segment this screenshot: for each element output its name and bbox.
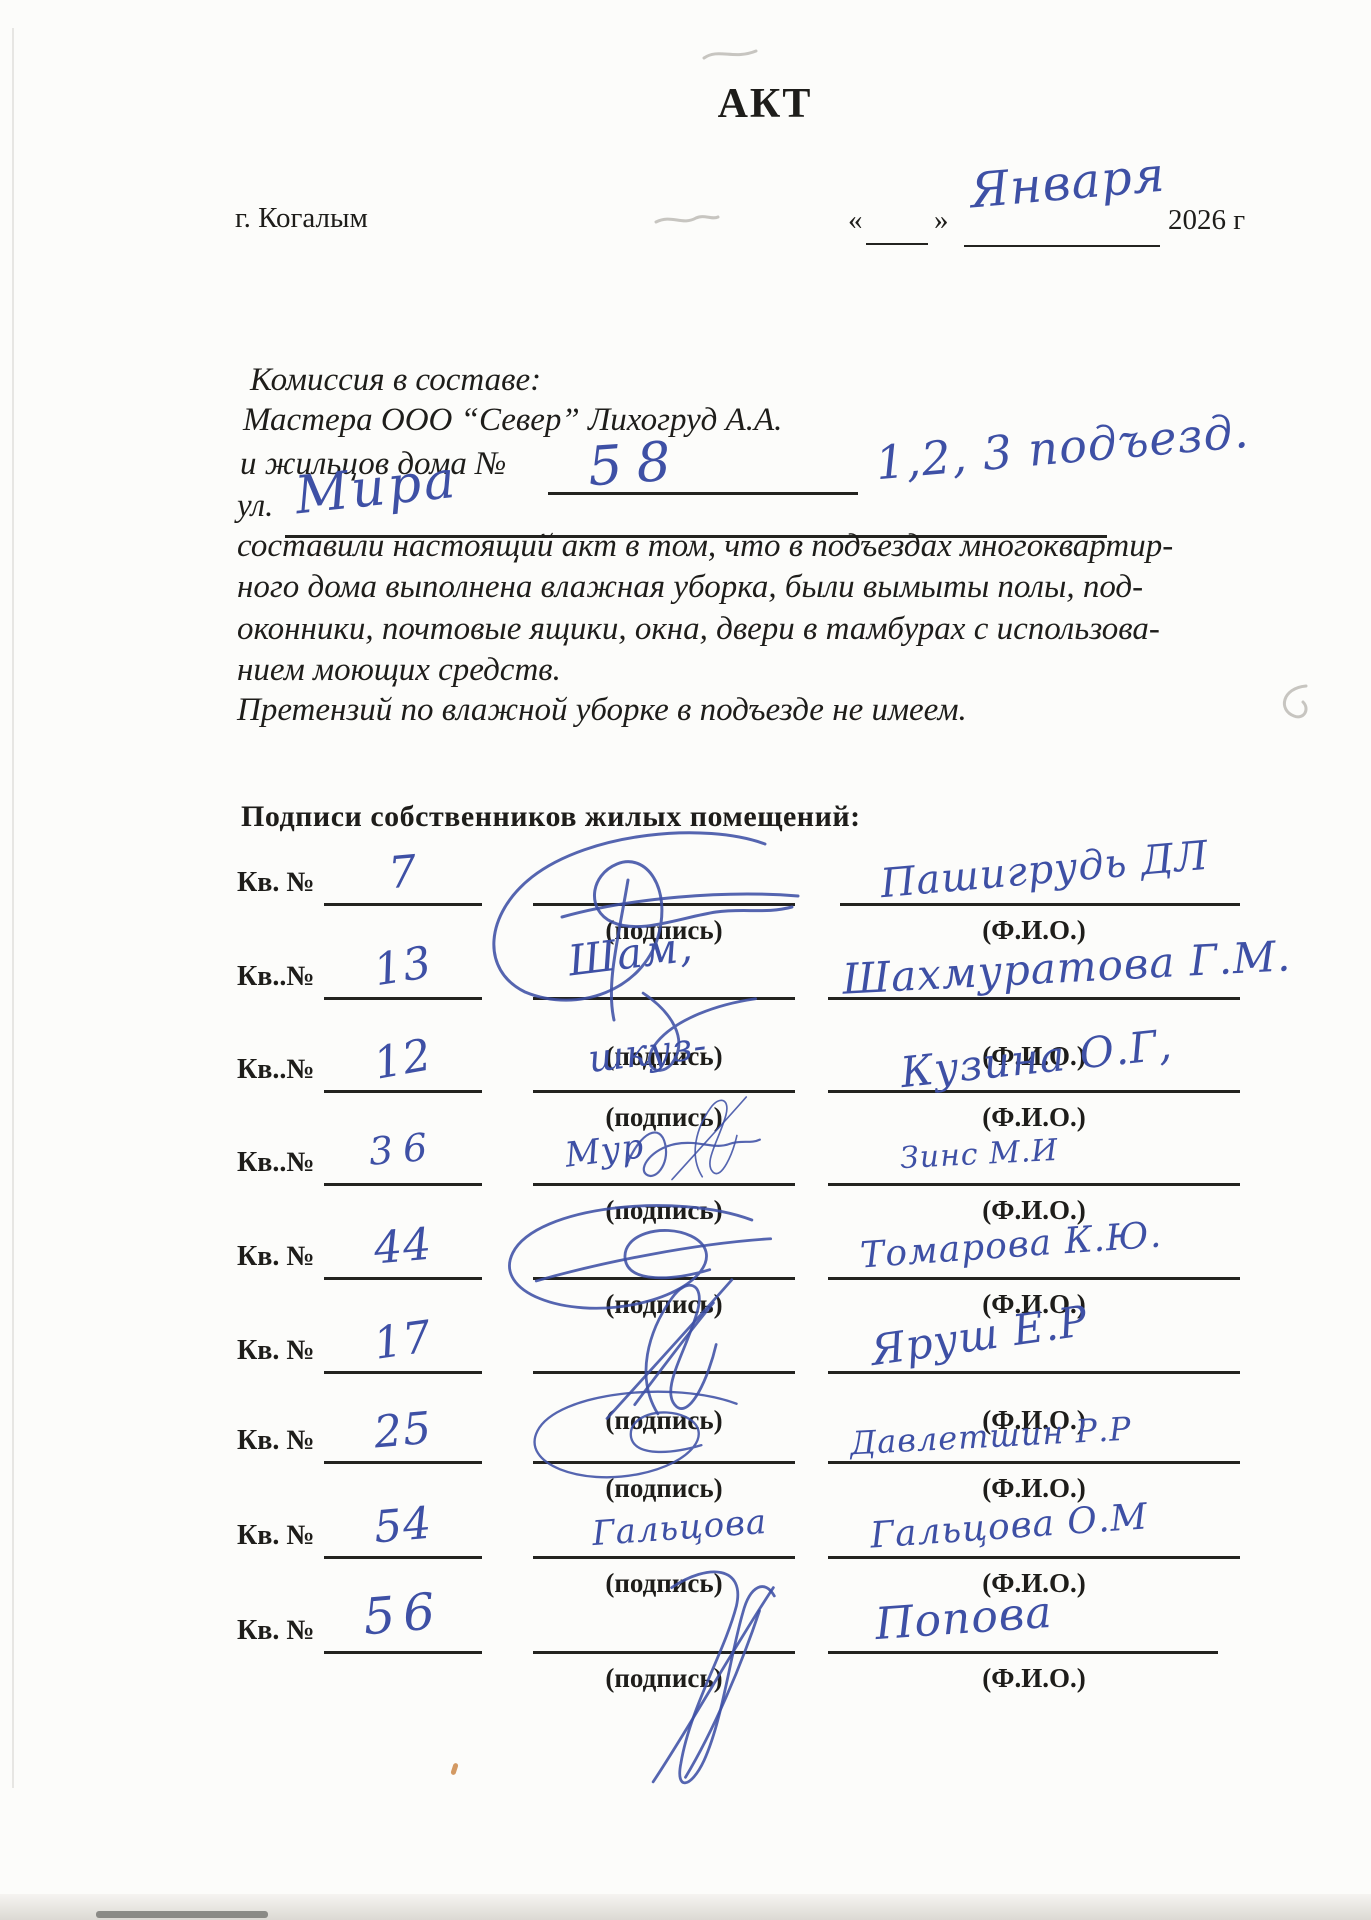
body-line: ного дома выполнена влажная уборка, были…: [237, 569, 1143, 606]
scan-edge-line: [12, 28, 14, 1788]
apartment-label: Кв..№: [237, 961, 315, 993]
apartment-number-handwritten: 13: [321, 929, 485, 1004]
date-month-handwritten: Января: [968, 147, 1168, 220]
signature-caption: (подпись): [533, 1289, 795, 1320]
body-line: Претензий по влажной уборке в подъезде н…: [237, 692, 967, 729]
signature-handwritten: шкуз-: [586, 1023, 710, 1081]
date-close-quote: »: [934, 204, 949, 237]
fio-line: [828, 1277, 1240, 1280]
fio-handwritten: Кузина О.Г,: [898, 1020, 1174, 1097]
fio-caption: (Ф.И.О.): [828, 1473, 1240, 1504]
apartment-number-line: [324, 903, 482, 906]
apartment-number-handwritten: 12: [321, 1021, 485, 1099]
signature-line: [533, 1371, 795, 1374]
scanned-act-document: АКТ г. Когалым « » Января 2026 г Комисси…: [0, 0, 1371, 1920]
date-month-line: [964, 245, 1160, 247]
body-line: нием моющих средств.: [237, 652, 561, 689]
apartment-number-line: [324, 1461, 482, 1464]
apartment-number-handwritten: 54: [322, 1493, 484, 1558]
fio-line: [828, 1090, 1240, 1093]
apartment-label: Кв..№: [237, 1054, 315, 1086]
signature-caption: (подпись): [533, 1473, 795, 1504]
apartment-number-line: [324, 1183, 482, 1186]
house-number-handwritten: 58: [586, 429, 687, 499]
apartment-number-handwritten: 25: [322, 1398, 484, 1463]
signature-line: [533, 1183, 795, 1186]
apartment-label: Кв..№: [237, 1147, 315, 1179]
signature-caption: (подпись): [533, 1568, 795, 1599]
body-line: оконники, почтовые ящики, окна, двери в …: [237, 611, 1160, 648]
fio-handwritten: Зинс М.И: [899, 1133, 1059, 1176]
signature-caption: (подпись): [533, 1663, 795, 1694]
signature-line: [533, 1461, 795, 1464]
entrances-note-handwritten: 1,2, 3 подъезд.: [873, 404, 1251, 490]
scan-bottom-streak: [96, 1911, 268, 1918]
signature-line: [533, 997, 795, 1000]
signature-line: [533, 1277, 795, 1280]
signature-handwritten: Мур: [563, 1126, 647, 1175]
date-day-blank-line: [866, 243, 928, 245]
fio-caption: (Ф.И.О.): [828, 1663, 1240, 1694]
apartment-number-handwritten: 17: [321, 1304, 485, 1376]
signature-scribble: [650, 1078, 760, 1193]
signature-line: [533, 1556, 795, 1559]
apartment-label: Кв. №: [237, 867, 315, 899]
apartment-number-handwritten: 56: [322, 1578, 484, 1650]
commission-master-line: Мастера ООО “Север” Лихогруд А.А.: [243, 402, 782, 439]
apartment-number-line: [324, 1277, 482, 1280]
signature-caption: (подпись): [533, 1405, 795, 1436]
signature-line: [533, 903, 795, 906]
apartment-number-handwritten: 7: [322, 840, 484, 905]
scan-speck: [450, 1763, 458, 1776]
street-label: ул.: [237, 488, 273, 525]
signature-caption: (подпись): [533, 1195, 795, 1226]
apartment-label: Кв. №: [237, 1425, 315, 1457]
signature-line: [533, 1651, 795, 1654]
signature-handwritten: Гальцова: [591, 1502, 769, 1554]
fio-line: [828, 1183, 1240, 1186]
document-title: АКТ: [600, 80, 930, 128]
fio-caption: (Ф.И.О.): [828, 1102, 1240, 1133]
scan-smudge-date: [652, 208, 722, 230]
apartment-label: Кв. №: [237, 1520, 315, 1552]
date-year: 2026 г: [1168, 204, 1245, 237]
scan-smudge-top: [700, 44, 760, 64]
fio-handwritten: Пашигрудь ДЛ: [879, 833, 1211, 908]
commission-intro: Комиссия в составе:: [250, 362, 541, 399]
signature-line: [533, 1090, 795, 1093]
body-line: составили настоящий акт в том, что в под…: [237, 528, 1173, 565]
date-open-quote: «: [848, 204, 863, 237]
signature-scribble: [570, 1262, 755, 1427]
apartment-label: Кв. №: [237, 1241, 315, 1273]
city-label: г. Когалым: [235, 202, 368, 235]
fio-handwritten: Попова: [873, 1587, 1054, 1650]
fio-line: [828, 1461, 1240, 1464]
apartment-number-line: [324, 1651, 482, 1654]
apartment-number-handwritten: 36: [322, 1120, 483, 1178]
apartment-label: Кв. №: [237, 1335, 315, 1367]
fio-line: [828, 1556, 1240, 1559]
apartment-number-line: [324, 1556, 482, 1559]
signatures-heading: Подписи собственников жилых помещений:: [241, 800, 861, 834]
fio-handwritten: Гальцова О.М: [869, 1496, 1149, 1556]
apartment-number-handwritten: 44: [322, 1214, 484, 1279]
apartment-label: Кв. №: [237, 1615, 315, 1647]
fio-line: [828, 1651, 1218, 1654]
signature-caption: (подпись): [533, 1102, 795, 1133]
scan-smudge-right: [1268, 678, 1316, 726]
fio-caption: (Ф.И.О.): [828, 1195, 1240, 1226]
